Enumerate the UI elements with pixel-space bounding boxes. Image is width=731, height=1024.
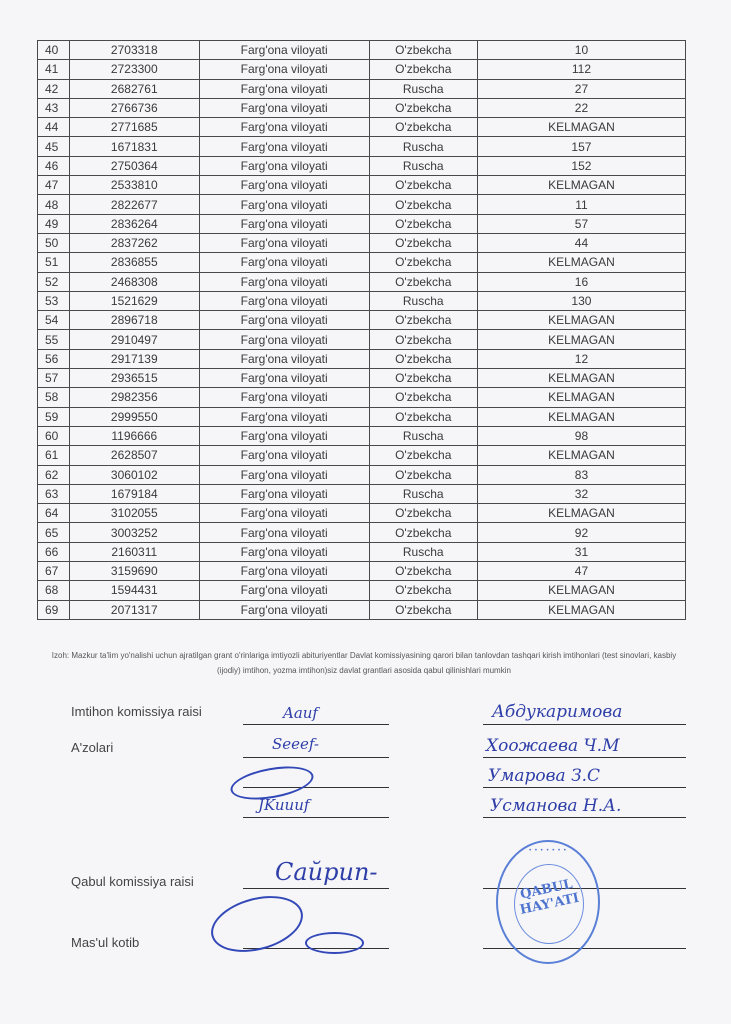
region-cell: Farg'ona viloyati xyxy=(199,176,369,195)
score-cell: 157 xyxy=(477,137,685,156)
table-row: 482822677Farg'ona viloyatiO'zbekcha11 xyxy=(38,195,686,214)
language-cell: O'zbekcha xyxy=(369,369,477,388)
region-cell: Farg'ona viloyati xyxy=(199,504,369,523)
member1-signature: Seeef- xyxy=(272,735,319,753)
region-cell: Farg'ona viloyati xyxy=(199,388,369,407)
score-cell: KELMAGAN xyxy=(477,581,685,600)
language-cell: O'zbekcha xyxy=(369,60,477,79)
score-cell: KELMAGAN xyxy=(477,446,685,465)
region-cell: Farg'ona viloyati xyxy=(199,369,369,388)
exam-chair-sign-line xyxy=(243,724,389,725)
admission-chair-label: Qabul komissiya raisi xyxy=(71,874,194,889)
score-cell: 130 xyxy=(477,291,685,310)
applicant-id-cell: 2703318 xyxy=(69,41,199,60)
language-cell: O'zbekcha xyxy=(369,388,477,407)
member2-name: Умарова З.С xyxy=(488,766,600,786)
applicant-id-cell: 2071317 xyxy=(69,600,199,619)
region-cell: Farg'ona viloyati xyxy=(199,542,369,561)
table-row: 643102055Farg'ona viloyatiO'zbekchaKELMA… xyxy=(38,504,686,523)
applicant-id-cell: 1679184 xyxy=(69,484,199,503)
row-number-cell: 46 xyxy=(38,156,70,175)
table-row: 592999550Farg'ona viloyatiO'zbekchaKELMA… xyxy=(38,407,686,426)
score-cell: 31 xyxy=(477,542,685,561)
region-cell: Farg'ona viloyati xyxy=(199,330,369,349)
language-cell: O'zbekcha xyxy=(369,504,477,523)
score-cell: KELMAGAN xyxy=(477,369,685,388)
table-row: 531521629Farg'ona viloyatiRuscha130 xyxy=(38,291,686,310)
row-number-cell: 45 xyxy=(38,137,70,156)
language-cell: Ruscha xyxy=(369,542,477,561)
member3-name: Усманова Н.А. xyxy=(490,796,621,816)
applicant-id-cell: 2836855 xyxy=(69,253,199,272)
score-cell: 92 xyxy=(477,523,685,542)
applicant-id-cell: 2917139 xyxy=(69,349,199,368)
region-cell: Farg'ona viloyati xyxy=(199,137,369,156)
row-number-cell: 55 xyxy=(38,330,70,349)
language-cell: O'zbekcha xyxy=(369,118,477,137)
row-number-cell: 65 xyxy=(38,523,70,542)
score-cell: 44 xyxy=(477,233,685,252)
applicant-id-cell: 2999550 xyxy=(69,407,199,426)
table-row: 472533810Farg'ona viloyatiO'zbekchaKELMA… xyxy=(38,176,686,195)
region-cell: Farg'ona viloyati xyxy=(199,426,369,445)
row-number-cell: 68 xyxy=(38,581,70,600)
score-cell: KELMAGAN xyxy=(477,311,685,330)
region-cell: Farg'ona viloyati xyxy=(199,291,369,310)
row-number-cell: 51 xyxy=(38,253,70,272)
applicant-id-cell: 2750364 xyxy=(69,156,199,175)
exam-chair-name-line xyxy=(483,724,686,725)
row-number-cell: 60 xyxy=(38,426,70,445)
region-cell: Farg'ona viloyati xyxy=(199,79,369,98)
region-cell: Farg'ona viloyati xyxy=(199,484,369,503)
table-row: 601196666Farg'ona viloyatiRuscha98 xyxy=(38,426,686,445)
table-row: 681594431Farg'ona viloyatiO'zbekchaKELMA… xyxy=(38,581,686,600)
score-cell: 47 xyxy=(477,562,685,581)
applicant-id-cell: 2160311 xyxy=(69,542,199,561)
language-cell: O'zbekcha xyxy=(369,272,477,291)
language-cell: O'zbekcha xyxy=(369,195,477,214)
score-cell: 12 xyxy=(477,349,685,368)
language-cell: O'zbekcha xyxy=(369,465,477,484)
applicant-id-cell: 2766736 xyxy=(69,98,199,117)
row-number-cell: 59 xyxy=(38,407,70,426)
region-cell: Farg'ona viloyati xyxy=(199,195,369,214)
region-cell: Farg'ona viloyati xyxy=(199,562,369,581)
score-cell: KELMAGAN xyxy=(477,330,685,349)
applicant-id-cell: 3159690 xyxy=(69,562,199,581)
table-row: 512836855Farg'ona viloyatiO'zbekchaKELMA… xyxy=(38,253,686,272)
score-cell: 10 xyxy=(477,41,685,60)
row-number-cell: 62 xyxy=(38,465,70,484)
applicant-id-cell: 2533810 xyxy=(69,176,199,195)
region-cell: Farg'ona viloyati xyxy=(199,253,369,272)
applicant-id-cell: 2837262 xyxy=(69,233,199,252)
table-row: 562917139Farg'ona viloyatiO'zbekcha12 xyxy=(38,349,686,368)
table-row: 552910497Farg'ona viloyatiO'zbekchaKELMA… xyxy=(38,330,686,349)
score-cell: KELMAGAN xyxy=(477,407,685,426)
exam-chair-signature: Aauf xyxy=(283,704,318,722)
row-number-cell: 49 xyxy=(38,214,70,233)
table-row: 653003252Farg'ona viloyatiO'zbekcha92 xyxy=(38,523,686,542)
language-cell: O'zbekcha xyxy=(369,523,477,542)
region-cell: Farg'ona viloyati xyxy=(199,214,369,233)
table-row: 673159690Farg'ona viloyatiO'zbekcha47 xyxy=(38,562,686,581)
region-cell: Farg'ona viloyati xyxy=(199,581,369,600)
score-cell: 16 xyxy=(477,272,685,291)
row-number-cell: 53 xyxy=(38,291,70,310)
table-row: 442771685Farg'ona viloyatiO'zbekchaKELMA… xyxy=(38,118,686,137)
language-cell: O'zbekcha xyxy=(369,233,477,252)
region-cell: Farg'ona viloyati xyxy=(199,156,369,175)
score-cell: KELMAGAN xyxy=(477,176,685,195)
admission-stamp: • • • • • • • QABUL HAY'ATI xyxy=(496,840,600,964)
applicant-id-cell: 2836264 xyxy=(69,214,199,233)
applicant-id-cell: 2936515 xyxy=(69,369,199,388)
applicant-id-cell: 2896718 xyxy=(69,311,199,330)
region-cell: Farg'ona viloyati xyxy=(199,233,369,252)
region-cell: Farg'ona viloyati xyxy=(199,600,369,619)
score-cell: KELMAGAN xyxy=(477,388,685,407)
applicant-id-cell: 1196666 xyxy=(69,426,199,445)
score-cell: 11 xyxy=(477,195,685,214)
language-cell: Ruscha xyxy=(369,137,477,156)
row-number-cell: 61 xyxy=(38,446,70,465)
applicant-id-cell: 2982356 xyxy=(69,388,199,407)
score-cell: 22 xyxy=(477,98,685,117)
region-cell: Farg'ona viloyati xyxy=(199,272,369,291)
table-row: 662160311Farg'ona viloyatiRuscha31 xyxy=(38,542,686,561)
admission-chair-sign-line xyxy=(243,888,389,889)
row-number-cell: 64 xyxy=(38,504,70,523)
document-page: 402703318Farg'ona viloyatiO'zbekcha10412… xyxy=(0,0,731,1024)
applicant-id-cell: 2682761 xyxy=(69,79,199,98)
score-cell: 152 xyxy=(477,156,685,175)
language-cell: O'zbekcha xyxy=(369,253,477,272)
language-cell: O'zbekcha xyxy=(369,98,477,117)
language-cell: O'zbekcha xyxy=(369,214,477,233)
table-row: 451671831Farg'ona viloyatiRuscha157 xyxy=(38,137,686,156)
table-row: 402703318Farg'ona viloyatiO'zbekcha10 xyxy=(38,41,686,60)
score-cell: 32 xyxy=(477,484,685,503)
region-cell: Farg'ona viloyati xyxy=(199,41,369,60)
table-row: 412723300Farg'ona viloyatiO'zbekcha112 xyxy=(38,60,686,79)
member3-name-line xyxy=(483,817,686,818)
row-number-cell: 52 xyxy=(38,272,70,291)
language-cell: O'zbekcha xyxy=(369,407,477,426)
row-number-cell: 56 xyxy=(38,349,70,368)
region-cell: Farg'ona viloyati xyxy=(199,446,369,465)
row-number-cell: 47 xyxy=(38,176,70,195)
score-cell: 98 xyxy=(477,426,685,445)
results-table-body: 402703318Farg'ona viloyatiO'zbekcha10412… xyxy=(38,41,686,620)
language-cell: Ruscha xyxy=(369,426,477,445)
row-number-cell: 42 xyxy=(38,79,70,98)
table-row: 492836264Farg'ona viloyatiO'zbekcha57 xyxy=(38,214,686,233)
language-cell: O'zbekcha xyxy=(369,600,477,619)
row-number-cell: 44 xyxy=(38,118,70,137)
applicant-id-cell: 2771685 xyxy=(69,118,199,137)
member1-sign-line xyxy=(243,757,389,758)
applicant-id-cell: 2628507 xyxy=(69,446,199,465)
applicant-id-cell: 1594431 xyxy=(69,581,199,600)
table-row: 631679184Farg'ona viloyatiRuscha32 xyxy=(38,484,686,503)
members-label: A'zolari xyxy=(71,740,113,755)
language-cell: Ruscha xyxy=(369,484,477,503)
applicant-id-cell: 2723300 xyxy=(69,60,199,79)
row-number-cell: 63 xyxy=(38,484,70,503)
score-cell: KELMAGAN xyxy=(477,504,685,523)
language-cell: Ruscha xyxy=(369,291,477,310)
member1-name-line xyxy=(483,757,686,758)
region-cell: Farg'ona viloyati xyxy=(199,118,369,137)
applicant-id-cell: 2468308 xyxy=(69,272,199,291)
table-row: 572936515Farg'ona viloyatiO'zbekchaKELMA… xyxy=(38,369,686,388)
applicant-id-cell: 3003252 xyxy=(69,523,199,542)
score-cell: 27 xyxy=(477,79,685,98)
stamp-ring-text: • • • • • • • xyxy=(498,848,598,854)
score-cell: 83 xyxy=(477,465,685,484)
language-cell: O'zbekcha xyxy=(369,581,477,600)
member1-name: Хоожаева Ч.М xyxy=(486,736,619,756)
score-cell: KELMAGAN xyxy=(477,118,685,137)
row-number-cell: 67 xyxy=(38,562,70,581)
member3-sign-line xyxy=(243,817,389,818)
table-row: 542896718Farg'ona viloyatiO'zbekchaKELMA… xyxy=(38,311,686,330)
region-cell: Farg'ona viloyati xyxy=(199,349,369,368)
table-row: 623060102Farg'ona viloyatiO'zbekcha83 xyxy=(38,465,686,484)
row-number-cell: 66 xyxy=(38,542,70,561)
region-cell: Farg'ona viloyati xyxy=(199,98,369,117)
exam-chair-label: Imtihon komissiya raisi xyxy=(71,704,202,719)
table-row: 462750364Farg'ona viloyatiRuscha152 xyxy=(38,156,686,175)
admission-chair-signature: Caŭpun- xyxy=(275,858,378,886)
language-cell: O'zbekcha xyxy=(369,41,477,60)
row-number-cell: 69 xyxy=(38,600,70,619)
region-cell: Farg'ona viloyati xyxy=(199,523,369,542)
applicant-id-cell: 2910497 xyxy=(69,330,199,349)
language-cell: O'zbekcha xyxy=(369,446,477,465)
region-cell: Farg'ona viloyati xyxy=(199,465,369,484)
row-number-cell: 54 xyxy=(38,311,70,330)
region-cell: Farg'ona viloyati xyxy=(199,407,369,426)
applicant-id-cell: 1671831 xyxy=(69,137,199,156)
applicant-id-cell: 2822677 xyxy=(69,195,199,214)
score-cell: 57 xyxy=(477,214,685,233)
language-cell: O'zbekcha xyxy=(369,330,477,349)
applicant-id-cell: 3060102 xyxy=(69,465,199,484)
table-row: 582982356Farg'ona viloyatiO'zbekchaKELMA… xyxy=(38,388,686,407)
region-cell: Farg'ona viloyati xyxy=(199,60,369,79)
row-number-cell: 43 xyxy=(38,98,70,117)
row-number-cell: 40 xyxy=(38,41,70,60)
language-cell: O'zbekcha xyxy=(369,311,477,330)
row-number-cell: 58 xyxy=(38,388,70,407)
language-cell: O'zbekcha xyxy=(369,176,477,195)
secretary-signature-loop xyxy=(305,932,364,954)
member3-signature: JKuuuf xyxy=(258,796,309,814)
table-row: 432766736Farg'ona viloyatiO'zbekcha22 xyxy=(38,98,686,117)
applicant-id-cell: 3102055 xyxy=(69,504,199,523)
region-cell: Farg'ona viloyati xyxy=(199,311,369,330)
language-cell: Ruscha xyxy=(369,156,477,175)
table-row: 422682761Farg'ona viloyatiRuscha27 xyxy=(38,79,686,98)
score-cell: KELMAGAN xyxy=(477,253,685,272)
language-cell: O'zbekcha xyxy=(369,562,477,581)
row-number-cell: 48 xyxy=(38,195,70,214)
table-row: 502837262Farg'ona viloyatiO'zbekcha44 xyxy=(38,233,686,252)
secretary-label: Mas'ul kotib xyxy=(71,935,139,950)
exam-chair-name: Абдукаримова xyxy=(492,702,622,722)
row-number-cell: 50 xyxy=(38,233,70,252)
row-number-cell: 41 xyxy=(38,60,70,79)
score-cell: KELMAGAN xyxy=(477,600,685,619)
language-cell: Ruscha xyxy=(369,79,477,98)
member2-name-line xyxy=(483,787,686,788)
table-row: 692071317Farg'ona viloyatiO'zbekchaKELMA… xyxy=(38,600,686,619)
table-row: 612628507Farg'ona viloyatiO'zbekchaKELMA… xyxy=(38,446,686,465)
table-row: 522468308Farg'ona viloyatiO'zbekcha16 xyxy=(38,272,686,291)
note-text: Izoh: Mazkur ta'lim yo'nalishi uchun ajr… xyxy=(44,648,684,678)
applicant-id-cell: 1521629 xyxy=(69,291,199,310)
score-cell: 112 xyxy=(477,60,685,79)
secretary-signature xyxy=(205,887,309,962)
results-table: 402703318Farg'ona viloyatiO'zbekcha10412… xyxy=(37,40,686,620)
language-cell: O'zbekcha xyxy=(369,349,477,368)
row-number-cell: 57 xyxy=(38,369,70,388)
